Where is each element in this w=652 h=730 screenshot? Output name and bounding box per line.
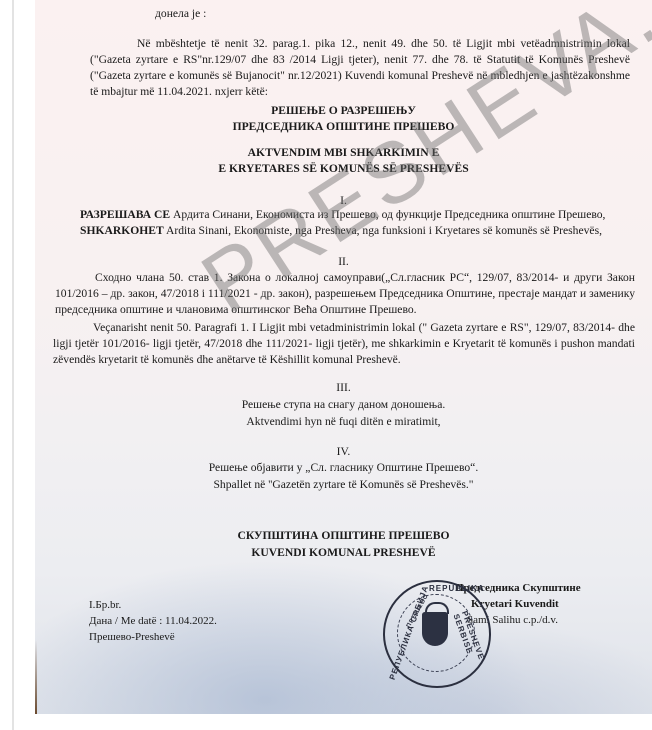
coat-of-arms-shield-icon	[422, 612, 448, 646]
section-4-sq: Shpallet në ''Gazetën zyrtare të Komunës…	[35, 477, 652, 493]
section-1-sq-bold: SHKARKOHET	[80, 224, 164, 237]
section-3-sr: Решење ступа на снагу даном доношења.	[35, 397, 652, 413]
section-1-sr-bold: РАЗРЕШАВА СЕ	[80, 208, 170, 221]
intro-line: донела је :	[155, 6, 206, 22]
decision-date: Дана / Me datë : 11.04.2022.	[89, 613, 217, 629]
window-frame-line	[12, 0, 14, 730]
section-3-sq: Aktvendimi hyn në fuqi ditën e miratimit…	[35, 414, 652, 430]
assembly-sq: KUVENDI KOMUNAL PRESHEVË	[35, 545, 652, 561]
reference-number: I.Бр.br.	[89, 597, 121, 613]
section-1-sq-text: Ardita Sinani, Ekonomiste, nga Presheva,…	[164, 224, 602, 237]
assembly-sr: СКУПШТИНА ОПШТИНЕ ПРЕШЕВО	[35, 528, 652, 544]
official-stamp: REPUBLIKA РЕПУБЛИКА СРБИЈА PRESHEVE SERB…	[383, 580, 491, 688]
paper-edge-shadow	[35, 640, 37, 714]
section-4-sr: Решење објавити у „Сл. гласнику Општине …	[35, 460, 652, 476]
section-3-number: III.	[35, 380, 652, 396]
title-sq-line1: AKTVENDIM MBI SHKARKIMIN E	[35, 145, 652, 161]
document-photo: донела је : Në mbështetje të nenit 32. p…	[35, 0, 652, 714]
section-1-sq: SHKARKOHET Ardita Sinani, Ekonomiste, ng…	[80, 223, 602, 239]
section-2-sr: Сходно члана 50. став 1. Закона о локалн…	[55, 270, 635, 318]
title-sr-line1: РЕШЕЊЕ О РАЗРЕШЕЊУ	[35, 103, 652, 119]
section-4-number: IV.	[35, 444, 652, 460]
preamble-paragraph: Në mbështetje të nenit 32. parag.1. pika…	[90, 36, 630, 100]
section-1-sr-text: Ардита Синани, Економиста из Прешево, од…	[170, 208, 605, 221]
place: Прешево-Preshevë	[89, 629, 175, 645]
section-2-number: II.	[35, 254, 652, 270]
section-1-sr: РАЗРЕШАВА СЕ Ардита Синани, Економиста и…	[80, 207, 605, 223]
section-2-sq: Veçanarisht nenit 50. Paragrafi 1. I Lig…	[53, 320, 635, 368]
title-sq-line2: E KRYETARES SË KOMUNËS SË PRESHEVËS	[35, 161, 652, 177]
stamp-top-text: REPUBLIKA	[429, 584, 485, 593]
title-sr-line2: ПРЕДСЕДНИКА ОПШТИНЕ ПРЕШЕВО	[35, 119, 652, 135]
